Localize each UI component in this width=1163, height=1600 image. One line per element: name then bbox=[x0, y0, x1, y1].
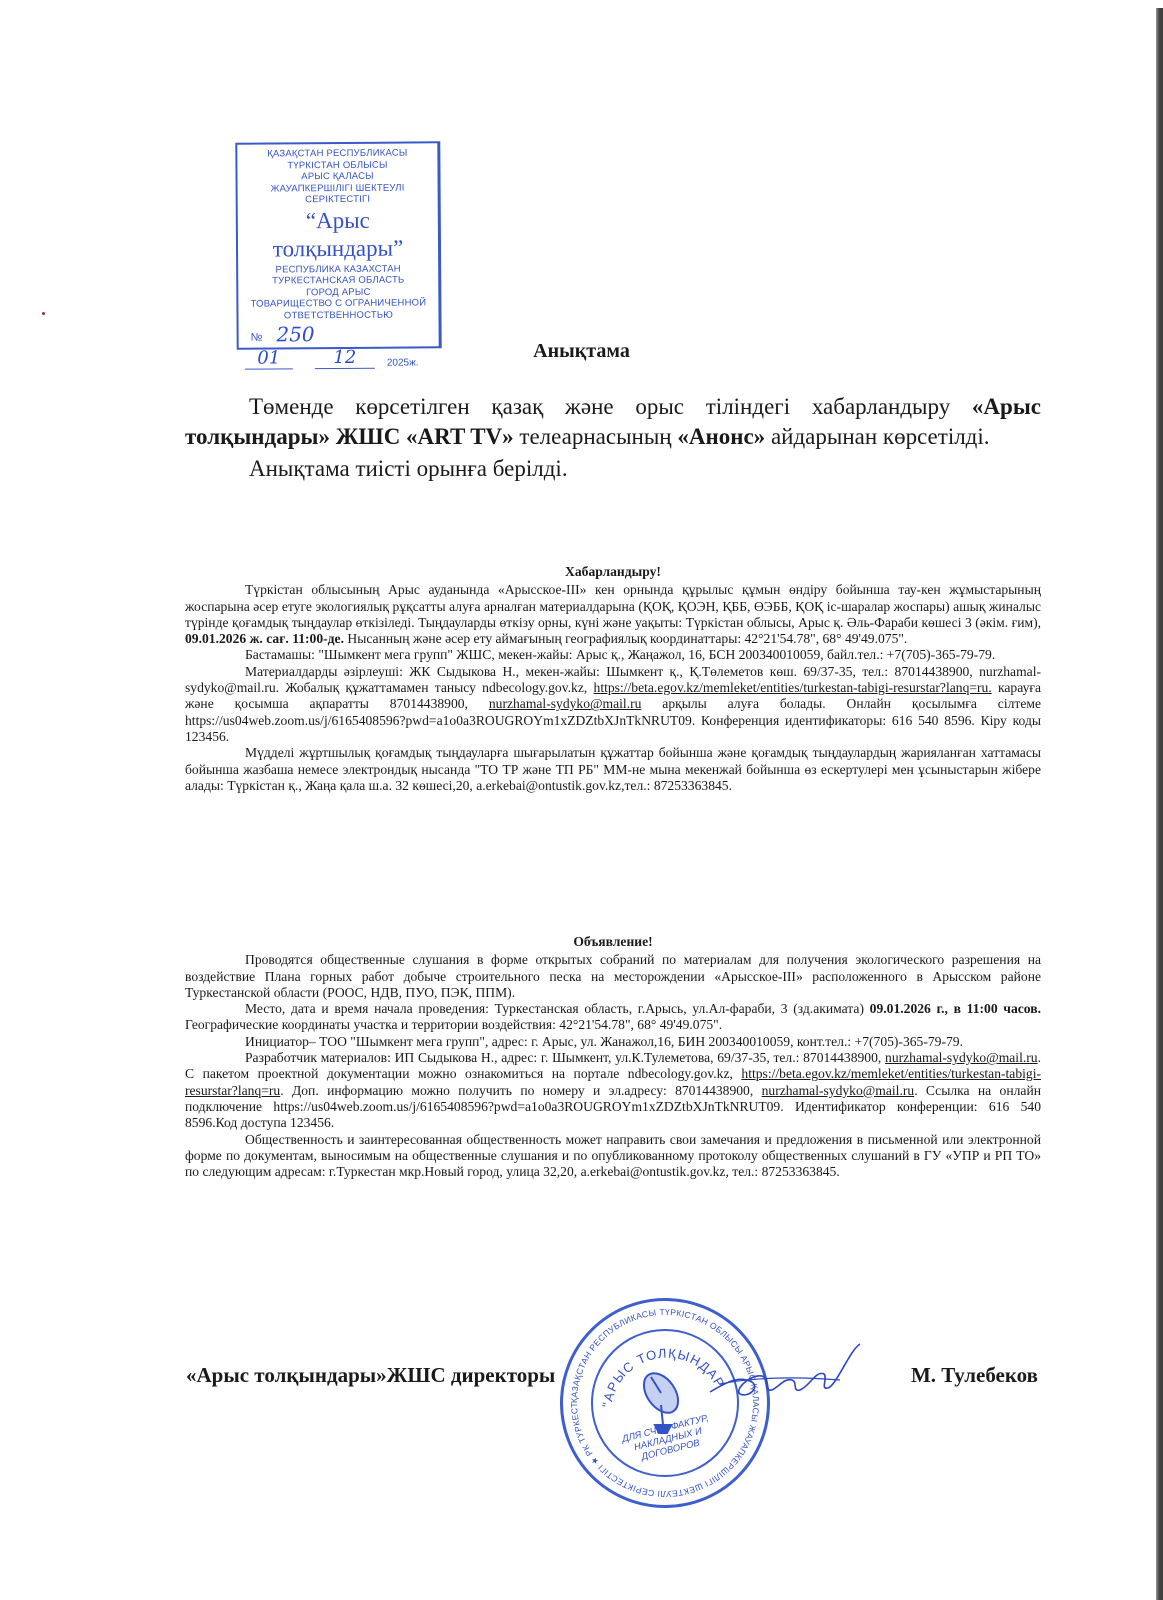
intro-section: Төменде көрсетілген қазақ және орыс тілі… bbox=[185, 392, 1041, 484]
registration-stamp: ҚАЗАҚСТАН РЕСПУБЛИКАСЫ ТҮРКІСТАН ОБЛЫСЫ … bbox=[235, 141, 441, 349]
kazakh-notice-paragraph: Материалдарды әзірлеуші: ЖК Сыдыкова Н.,… bbox=[185, 664, 1041, 745]
notice-text: Түркістан облысының Арыс ауданында «Арыс… bbox=[185, 582, 1041, 630]
russian-notice-paragraph: Проводятся общественные слушания в форме… bbox=[185, 952, 1041, 1001]
stamp-line: ҚАЗАҚСТАН РЕСПУБЛИКАСЫ bbox=[237, 147, 437, 160]
intro-text: Төменде көрсетілген қазақ және орыс тілі… bbox=[249, 394, 972, 419]
intro-text: айдарынан көрсетілді. bbox=[765, 424, 989, 449]
notice-date-bold: 09.01.2026 г., в 11:00 часов. bbox=[870, 1001, 1041, 1016]
signatory-position: «Арыс толқындары»ЖШС директоры bbox=[186, 1363, 555, 1388]
signature-row: «Арыс толқындары»ЖШС директоры М. Тулебе… bbox=[186, 1363, 1038, 1388]
kazakh-notice-paragraph: Мүдделі жұртшылық қоғамдық тыңдауларға ш… bbox=[185, 745, 1041, 794]
stamp-line: ОТВЕТСТВЕННОСТЬЮ bbox=[238, 309, 438, 322]
signatory-name: М. Тулебеков bbox=[911, 1363, 1038, 1388]
stamp-line: СЕРІКТЕСТІГІ bbox=[238, 193, 438, 206]
russian-notice-paragraph: Разработчик материалов: ИП Сыдыкова Н., … bbox=[185, 1050, 1041, 1131]
kazakh-notice-paragraph: Түркістан облысының Арыс ауданында «Арыс… bbox=[185, 582, 1041, 647]
russian-notice-paragraph: Общественность и заинтересованная общест… bbox=[185, 1132, 1041, 1181]
kazakh-notice-paragraph: Бастамашы: "Шымкент мега групп" ЖШС, мек… bbox=[185, 647, 1041, 663]
egov-link[interactable]: https://beta.egov.kz/memleket/entities/t… bbox=[594, 680, 992, 695]
scan-edge bbox=[1156, 8, 1163, 1600]
kazakh-notice: Хабарландыру! Түркістан облысының Арыс а… bbox=[185, 564, 1041, 794]
document-title: Анықтама bbox=[0, 340, 1163, 363]
intro-paragraph: Төменде көрсетілген қазақ және орыс тілі… bbox=[185, 392, 1041, 452]
notice-text: Нысанның және әсер ету аймағының географ… bbox=[344, 631, 907, 646]
email-link[interactable]: nurzhamal-sydyko@mail.ru bbox=[885, 1050, 1038, 1065]
stamp-company-name: “Арыс толқындары” bbox=[238, 206, 438, 263]
notice-date-bold: 09.01.2026 ж. сағ. 11:00-де. bbox=[185, 631, 344, 646]
notice-text: . Доп. информацию можно получить по номе… bbox=[280, 1083, 761, 1098]
intro-closing: Анықтама тиісті орынға берілді. bbox=[185, 454, 1041, 484]
russian-notice-paragraph: Инициатор– ТОО "Шымкент мега групп", адр… bbox=[185, 1034, 1041, 1050]
notice-text: Место, дата и время начала проведения: Т… bbox=[245, 1001, 870, 1016]
email-link[interactable]: nurzhamal-sydyko@mail.ru bbox=[489, 696, 642, 711]
intro-bold-rubric: «Анонс» bbox=[677, 424, 765, 449]
russian-notice-heading: Объявление! bbox=[185, 934, 1041, 950]
stamp-line: ТОВАРИЩЕСТВО С ОГРАНИЧЕННОЙ bbox=[238, 297, 438, 310]
kazakh-notice-heading: Хабарландыру! bbox=[185, 564, 1041, 580]
intro-text: телеарнасының bbox=[514, 424, 678, 449]
russian-notice: Объявление! Проводятся общественные слуш… bbox=[185, 934, 1041, 1180]
russian-notice-paragraph: Место, дата и время начала проведения: Т… bbox=[185, 1001, 1041, 1034]
scan-speck bbox=[42, 312, 45, 315]
email-link[interactable]: nurzhamal-sydyko@mail.ru bbox=[762, 1083, 915, 1098]
notice-text: Географические координаты участка и терр… bbox=[185, 1017, 722, 1032]
notice-text: Разработчик материалов: ИП Сыдыкова Н., … bbox=[245, 1050, 885, 1065]
